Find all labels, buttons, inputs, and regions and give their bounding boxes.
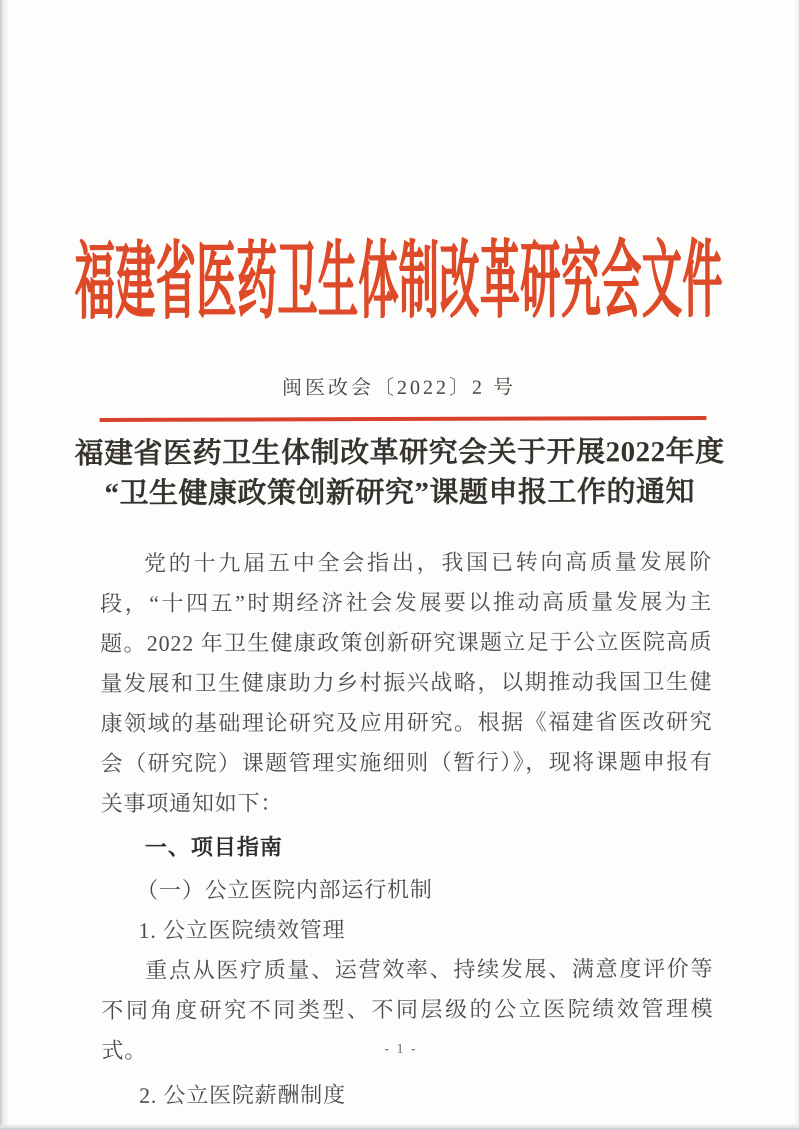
scanned-document-page: 福建省医药卫生体制改革研究会文件 闽医改会〔2022〕2 号 福建省医药卫生体制… [0,0,799,1130]
masthead-title: 福建省医药卫生体制改革研究会文件 [74,239,722,326]
list-item-performance-management: 1. 公立医院绩效管理 [101,909,713,951]
document-body: 党的十九届五中全会指出，我国已转向高质量发展阶段，“十四五”时期经济社会发展要以… [100,542,714,1116]
document-title-line2: “卫生健康政策创新研究”课题申报工作的通知 [55,472,745,514]
paragraph-intro: 党的十九届五中全会指出，我国已转向高质量发展阶段，“十四五”时期经济社会发展要以… [100,542,713,824]
red-divider-line [100,416,707,422]
page-number: - 1 - [2,1041,799,1060]
section-heading-project-guide: 一、项目指南 [101,826,713,868]
doc-number: 闽医改会〔2022〕2 号 [0,375,798,402]
document-content: 福建省医药卫生体制改革研究会文件 闽医改会〔2022〕2 号 福建省医药卫生体制… [0,0,799,1130]
subsection-heading-hospital-mechanism: （一）公立医院内部运行机制 [101,869,713,911]
document-title: 福建省医药卫生体制改革研究会关于开展2022年度 “卫生健康政策创新研究”课题申… [55,432,745,514]
list-item-salary-system: 2. 公立医院薪酬制度 [102,1074,714,1116]
document-title-line1: 福建省医药卫生体制改革研究会关于开展2022年度 [55,432,745,474]
masthead: 福建省医药卫生体制改革研究会文件 [0,239,798,282]
